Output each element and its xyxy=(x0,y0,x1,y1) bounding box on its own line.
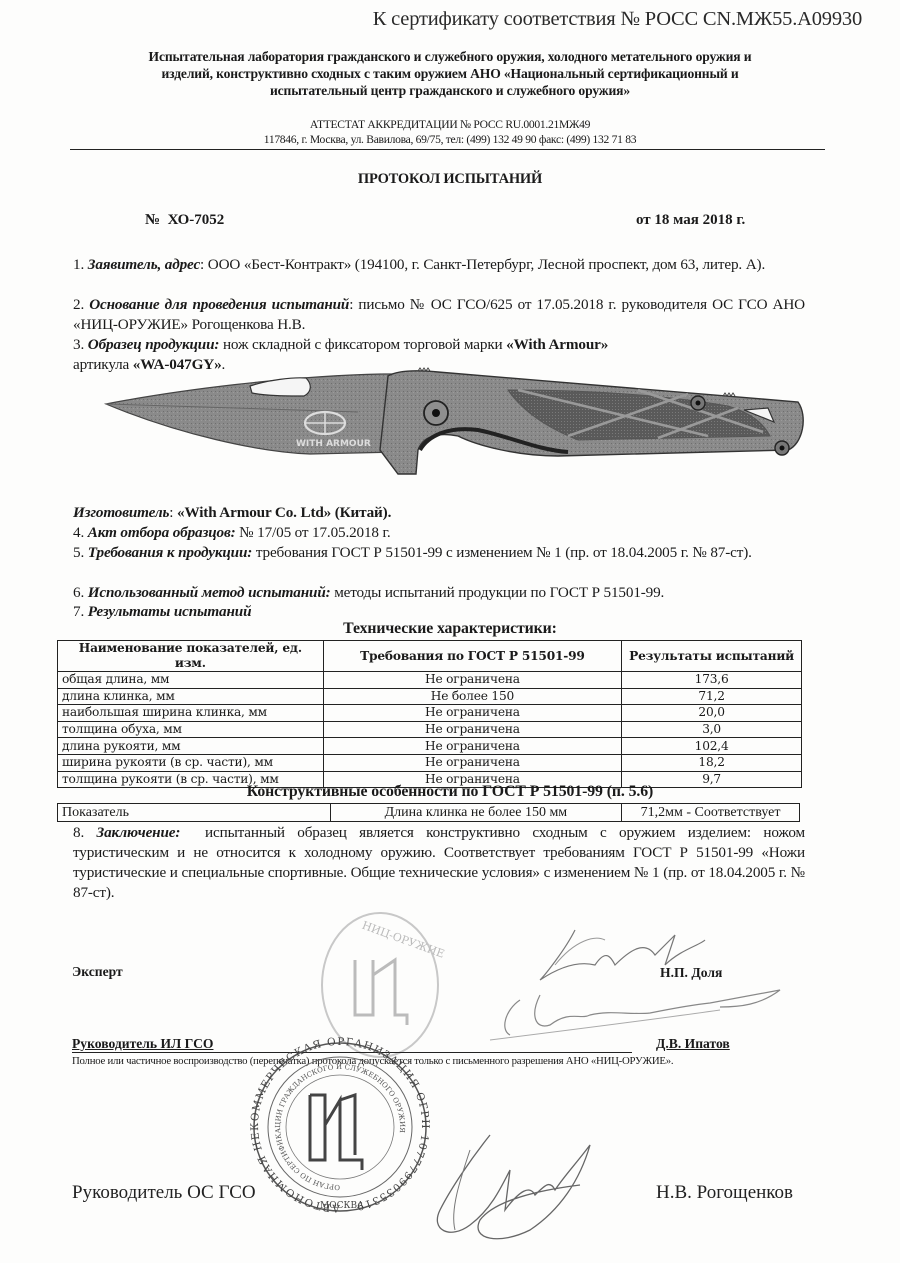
folding-knife-photo: WITH ARMOUR xyxy=(98,366,803,478)
indicator-cell: длина рукояти, мм xyxy=(58,738,324,755)
section-number: 4. xyxy=(73,524,88,541)
certificate-reference: К сертификату соответствия № РОСС CN.МЖ5… xyxy=(373,8,862,31)
official-seal-icon: АВТОНОМНАЯ НЕКОММЕРЧЕСКАЯ ОРГАНИЗАЦИЯ ОГ… xyxy=(250,1040,430,1215)
result-cell: 173,6 xyxy=(622,672,802,689)
manufacturer: Изготовитель: «With Armour Co. Ltd» (Кит… xyxy=(73,503,805,523)
lab-header-line1: Испытательная лаборатория гражданского и… xyxy=(70,48,830,65)
requirement-cell: Не ограничена xyxy=(323,738,622,755)
table-row: толщина обуха, ммНе ограничена3,0 xyxy=(58,721,802,738)
section-number: 5. xyxy=(73,544,88,561)
section-label: Основание для проведения испытаний xyxy=(89,296,349,313)
header-divider xyxy=(70,149,825,150)
lab-header: Испытательная лаборатория гражданского и… xyxy=(70,48,830,99)
column-header: Требования по ГОСТ Р 51501-99 xyxy=(323,641,622,672)
section-number: 7. xyxy=(73,603,88,620)
section-label: Использованный метод испытаний: xyxy=(88,584,331,601)
brand-name: «With Armour» xyxy=(506,336,608,353)
indicator-cell: общая длина, мм xyxy=(58,672,324,689)
section-text: требования ГОСТ Р 51501-99 с изменением … xyxy=(252,544,752,561)
design-table-caption: Конструктивные особенности по ГОСТ Р 515… xyxy=(0,783,900,801)
table-row: наибольшая ширина клинка, ммНе ограничен… xyxy=(58,705,802,722)
punctuation: : xyxy=(169,504,177,521)
section-label: Акт отбора образцов: xyxy=(88,524,236,541)
design-features-table: Показатель Длина клинка не более 150 мм … xyxy=(57,803,800,822)
section-2: 2. Основание для проведения испытаний: п… xyxy=(73,295,805,335)
section-label: Заявитель, адрес xyxy=(88,256,200,273)
result-cell: 20,0 xyxy=(622,705,802,722)
indicator-cell: наибольшая ширина клинка, мм xyxy=(58,705,324,722)
stamp-text: НИЦ-ОРУЖИЕ xyxy=(360,919,446,961)
section-text: методы испытаний продукции по ГОСТ Р 515… xyxy=(331,584,665,601)
table-row: длина рукояти, ммНе ограничена102,4 xyxy=(58,738,802,755)
blade-logo-text: WITH ARMOUR xyxy=(296,439,371,449)
result-cell: 102,4 xyxy=(622,738,802,755)
requirement-cell: Не ограничена xyxy=(323,672,622,689)
os-head-name: Н.В. Рогощенков xyxy=(656,1182,793,1204)
os-head-signature xyxy=(410,1130,610,1250)
lab-head-signature xyxy=(490,985,790,1045)
section-number: 1. xyxy=(73,256,88,273)
section-label: Заключение: xyxy=(97,824,181,841)
result-cell: 71,2мм - Соответствует xyxy=(622,804,800,822)
indicator-cell: толщина обуха, мм xyxy=(58,721,324,738)
indicator-cell: ширина рукояти (в ср. части), мм xyxy=(58,754,324,771)
requirement-cell: Не ограничена xyxy=(323,754,622,771)
section-number: 8. xyxy=(73,824,97,841)
manufacturer-label: Изготовитель xyxy=(73,504,169,521)
lab-address: 117846, г. Москва, ул. Вавилова, 69/75, … xyxy=(70,132,830,147)
lab-header-line3: испытательный центр гражданского и служе… xyxy=(70,82,830,99)
accreditation-block: АТТЕСТАТ АККРЕДИТАЦИИ № РОСС RU.0001.21М… xyxy=(70,117,830,147)
section-8-conclusion: 8. Заключение: испытанный образец являет… xyxy=(73,823,805,903)
section-text: испытанный образец является конструктивн… xyxy=(73,824,809,901)
table-row: длина клинка, ммНе более 15071,2 xyxy=(58,688,802,705)
section-6: 6. Использованный метод испытаний: метод… xyxy=(73,583,805,603)
section-text: : ООО «Бест-Контракт» (194100, г. Санкт-… xyxy=(200,256,765,273)
section-number: 2. xyxy=(73,296,89,313)
table-row: общая длина, ммНе ограничена173,6 xyxy=(58,672,802,689)
section-1: 1. Заявитель, адрес: ООО «Бест-Контракт»… xyxy=(73,255,805,275)
result-cell: 18,2 xyxy=(622,754,802,771)
table-row: ширина рукояти (в ср. части), ммНе огран… xyxy=(58,754,802,771)
os-head-role: Руководитель ОС ГСО xyxy=(72,1182,256,1204)
manufacturer-name: «With Armour Co. Ltd» (Китай). xyxy=(177,504,391,521)
column-header: Результаты испытаний xyxy=(622,641,802,672)
requirement-cell: Длина клинка не более 150 мм xyxy=(330,804,622,822)
section-text: нож складной с фиксатором торговой марки xyxy=(219,336,506,353)
table-header-row: Наименование показателей, ед. изм. Требо… xyxy=(58,641,802,672)
protocol-title: ПРОТОКОЛ ИСПЫТАНИЙ xyxy=(0,171,900,188)
section-text: № 17/05 от 17.05.2018 г. xyxy=(236,524,391,541)
tech-table-caption: Технические характеристики: xyxy=(0,620,900,638)
requirement-cell: Не ограничена xyxy=(323,721,622,738)
indicator-cell: Показатель xyxy=(58,804,331,822)
requirement-cell: Не более 150 xyxy=(323,688,622,705)
section-7: 7. Результаты испытаний xyxy=(73,602,805,622)
requirement-cell: Не ограничена xyxy=(323,705,622,722)
column-header: Наименование показателей, ед. изм. xyxy=(58,641,324,672)
section-number: 3. xyxy=(73,336,88,353)
lab-head-name: Д.В. Ипатов xyxy=(656,1036,730,1052)
tech-characteristics-table: Наименование показателей, ед. изм. Требо… xyxy=(57,640,802,788)
expert-name: Н.П. Доля xyxy=(660,965,722,981)
seal-city: МОСКВА xyxy=(320,1201,364,1211)
lab-head-role: Руководитель ИЛ ГСО xyxy=(72,1036,213,1052)
result-cell: 71,2 xyxy=(622,688,802,705)
lab-header-line2: изделий, конструктивно сходных с таким о… xyxy=(70,65,830,82)
section-label: Образец продукции: xyxy=(88,336,220,353)
accreditation-number: АТТЕСТАТ АККРЕДИТАЦИИ № РОСС RU.0001.21М… xyxy=(70,117,830,132)
indicator-cell: длина клинка, мм xyxy=(58,688,324,705)
section-label: Результаты испытаний xyxy=(88,603,252,620)
table-row: Показатель Длина клинка не более 150 мм … xyxy=(58,804,800,822)
expert-role: Эксперт xyxy=(72,964,123,980)
section-4: 4. Акт отбора образцов: № 17/05 от 17.05… xyxy=(73,523,805,543)
section-label: Требования к продукции: xyxy=(88,544,252,561)
protocol-number: № ХО-7052 xyxy=(145,212,224,229)
section-5: 5. Требования к продукции: требования ГО… xyxy=(73,543,793,563)
section-number: 6. xyxy=(73,584,88,601)
result-cell: 3,0 xyxy=(622,721,802,738)
protocol-date: от 18 мая 2018 г. xyxy=(636,212,745,229)
